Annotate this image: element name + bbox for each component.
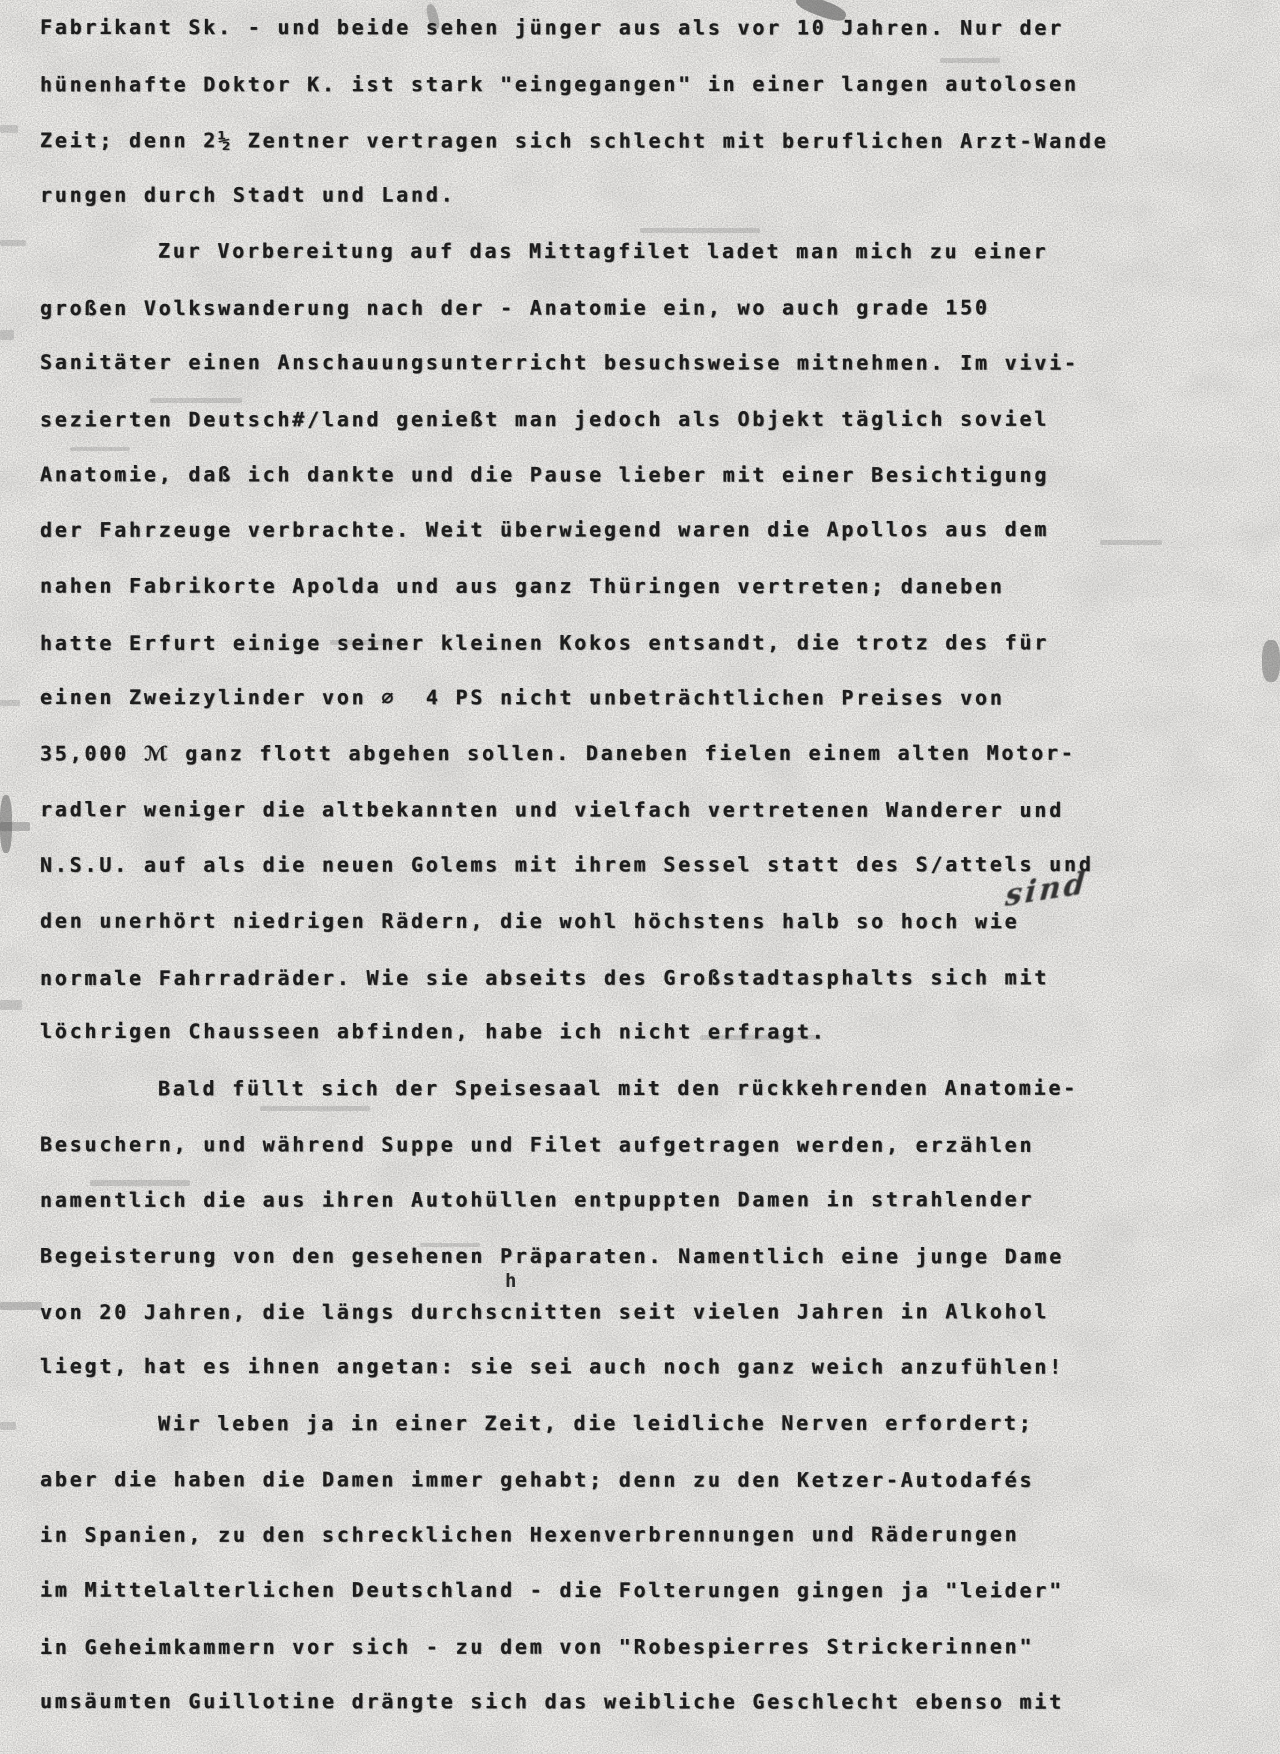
text-line: radler weniger die altbekannten und viel…: [40, 797, 1250, 854]
text-line: namentlich die aus ihren Autohüllen entp…: [40, 1187, 1250, 1244]
text-line: Zur Vorbereitung auf das Mittagfilet lad…: [40, 239, 1250, 296]
text-line: im Mittelalterlichen Deutschland - die F…: [40, 1578, 1250, 1635]
smudge-mark: [0, 700, 20, 706]
smudge-mark: [0, 330, 14, 340]
smudge-mark: [0, 125, 18, 133]
text-line: Bald füllt sich der Speisesaal mit den r…: [40, 1076, 1250, 1133]
text-line: 35,000 ℳ ganz flott abgehen sollen. Dane…: [40, 741, 1250, 798]
text-line: Begeisterung von den gesehenen Präparate…: [40, 1243, 1250, 1300]
text-line: Wir leben ja in einer Zeit, die leidlich…: [40, 1410, 1250, 1467]
text-line: Zeit; denn 2½ Zentner vertragen sich sch…: [40, 128, 1250, 185]
text-line: liegt, hat es ihnen angetan: sie sei auc…: [40, 1354, 1250, 1411]
text-line: der Fahrzeuge verbrachte. Weit überwiege…: [40, 517, 1250, 574]
text-line: umsäumten Guillotine drängte sich das we…: [40, 1689, 1250, 1746]
text-line: löchrigen Chausseen abfinden, habe ich n…: [40, 1019, 1250, 1076]
text-line: Fabrikant Sk. - und beide sehen jünger a…: [40, 15, 1250, 72]
text-line: einen Zweizylinder von ∅ 4 PS nicht unbe…: [40, 685, 1250, 742]
text-line: rungen durch Stadt und Land.: [40, 182, 1250, 239]
text-line: sezierten Deutsch#/land genießt man jedo…: [40, 406, 1250, 463]
smudge-mark: [0, 1302, 42, 1310]
ink-blot: [0, 795, 12, 853]
smudge-mark: [0, 1422, 16, 1430]
smudge-mark: [0, 240, 26, 246]
text-line: großen Volkswanderung nach der - Anatomi…: [40, 295, 1250, 352]
text-line: in Spanien, zu den schrecklichen Hexenve…: [40, 1521, 1250, 1578]
text-line: normale Fahrradräder. Wie sie abseits de…: [40, 965, 1250, 1022]
text-line: nahen Fabrikorte Apolda und aus ganz Thü…: [40, 574, 1250, 631]
text-line: hatte Erfurt einige seiner kleinen Kokos…: [40, 630, 1250, 687]
text-line: in Geheimkammern vor sich - zu dem von "…: [40, 1634, 1250, 1691]
scanned-typewritten-page: Fabrikant Sk. - und beide sehen jünger a…: [0, 0, 1280, 1754]
ink-blot: [1262, 640, 1280, 682]
text-line: von 20 Jahren, die längs durchscnitten s…: [40, 1300, 1250, 1357]
text-line: aber die haben die Damen immer gehabt; d…: [40, 1467, 1250, 1524]
text-line: Besuchern, und während Suppe und Filet a…: [40, 1132, 1250, 1189]
smudge-mark: [0, 1000, 22, 1010]
text-line: Anatomie, daß ich dankte und die Pause l…: [40, 463, 1250, 520]
text-line: Sanitäter einen Anschauungsunterricht be…: [40, 350, 1250, 407]
text-line: hünenhafte Doktor K. ist stark "eingegan…: [40, 71, 1250, 128]
inserted-character: h: [505, 1270, 516, 1292]
text-line: den unerhört niedrigen Rädern, die wohl …: [40, 908, 1250, 965]
